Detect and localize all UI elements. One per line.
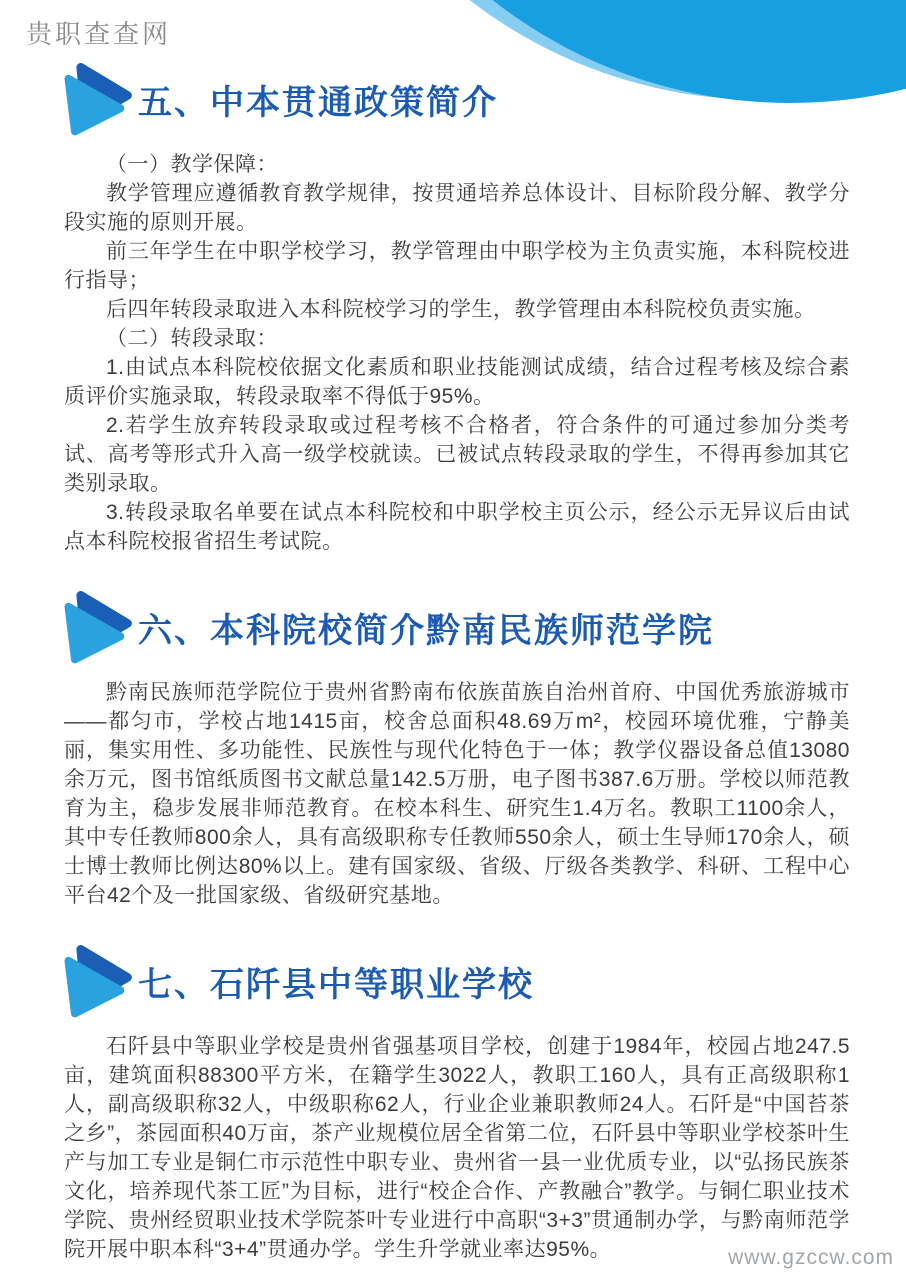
paragraph: 前三年学生在中职学校学习，教学管理由中职学校为主负责实施，本科院校进行指导； <box>64 237 850 295</box>
section-heading-7: 七、石阡县中等职业学校 <box>62 942 848 1020</box>
section-title: 六、本科院校简介黔南民族师范学院 <box>138 603 714 652</box>
section-title: 七、石阡县中等职业学校 <box>138 957 534 1006</box>
paragraph: （二）转段录取： <box>64 324 850 353</box>
paragraph: 石阡县中等职业学校是贵州省强基项目学校，创建于1984年，校园占地247.5亩，… <box>64 1032 850 1264</box>
section-body-5: （一）教学保障：教学管理应遵循教育教学规律，按贯通培养总体设计、目标阶段分解、教… <box>64 150 850 556</box>
play-arrow-icon <box>62 60 134 138</box>
play-arrow-icon <box>62 588 134 666</box>
article-page: 贵职查查网 五、中本贯通政策简介 （一）教学保障：教学管理应遵循教育教学规律，按… <box>0 0 906 1280</box>
paragraph: 黔南民族师范学院位于贵州省黔南布依族苗族自治州首府、中国优秀旅游城市——都匀市，… <box>64 678 850 910</box>
paragraph: 教学管理应遵循教育教学规律，按贯通培养总体设计、目标阶段分解、教学分段实施的原则… <box>64 179 850 237</box>
paragraph: 后四年转段录取进入本科院校学习的学生，教学管理由本科院校负责实施。 <box>64 295 850 324</box>
section-body-7: 石阡县中等职业学校是贵州省强基项目学校，创建于1984年，校园占地247.5亩，… <box>64 1032 850 1264</box>
paragraph: （一）教学保障： <box>64 150 850 179</box>
paragraph: 1.由试点本科院校依据文化素质和职业技能测试成绩，结合过程考核及综合素质评价实施… <box>64 353 850 411</box>
paragraph: 2.若学生放弃转段录取或过程考核不合格者，符合条件的可通过参加分类考试、高考等形… <box>64 411 850 498</box>
play-arrow-icon <box>62 942 134 1020</box>
section-body-6: 黔南民族师范学院位于贵州省黔南布依族苗族自治州首府、中国优秀旅游城市——都匀市，… <box>64 678 850 910</box>
section-heading-6: 六、本科院校简介黔南民族师范学院 <box>62 588 848 666</box>
section-heading-5: 五、中本贯通政策简介 <box>62 0 848 138</box>
paragraph: 3.转段录取名单要在试点本科院校和中职学校主页公示，经公示无异议后由试点本科院校… <box>64 498 850 556</box>
article-content: 五、中本贯通政策简介 （一）教学保障：教学管理应遵循教育教学规律，按贯通培养总体… <box>0 0 906 1264</box>
section-title: 五、中本贯通政策简介 <box>138 75 498 124</box>
